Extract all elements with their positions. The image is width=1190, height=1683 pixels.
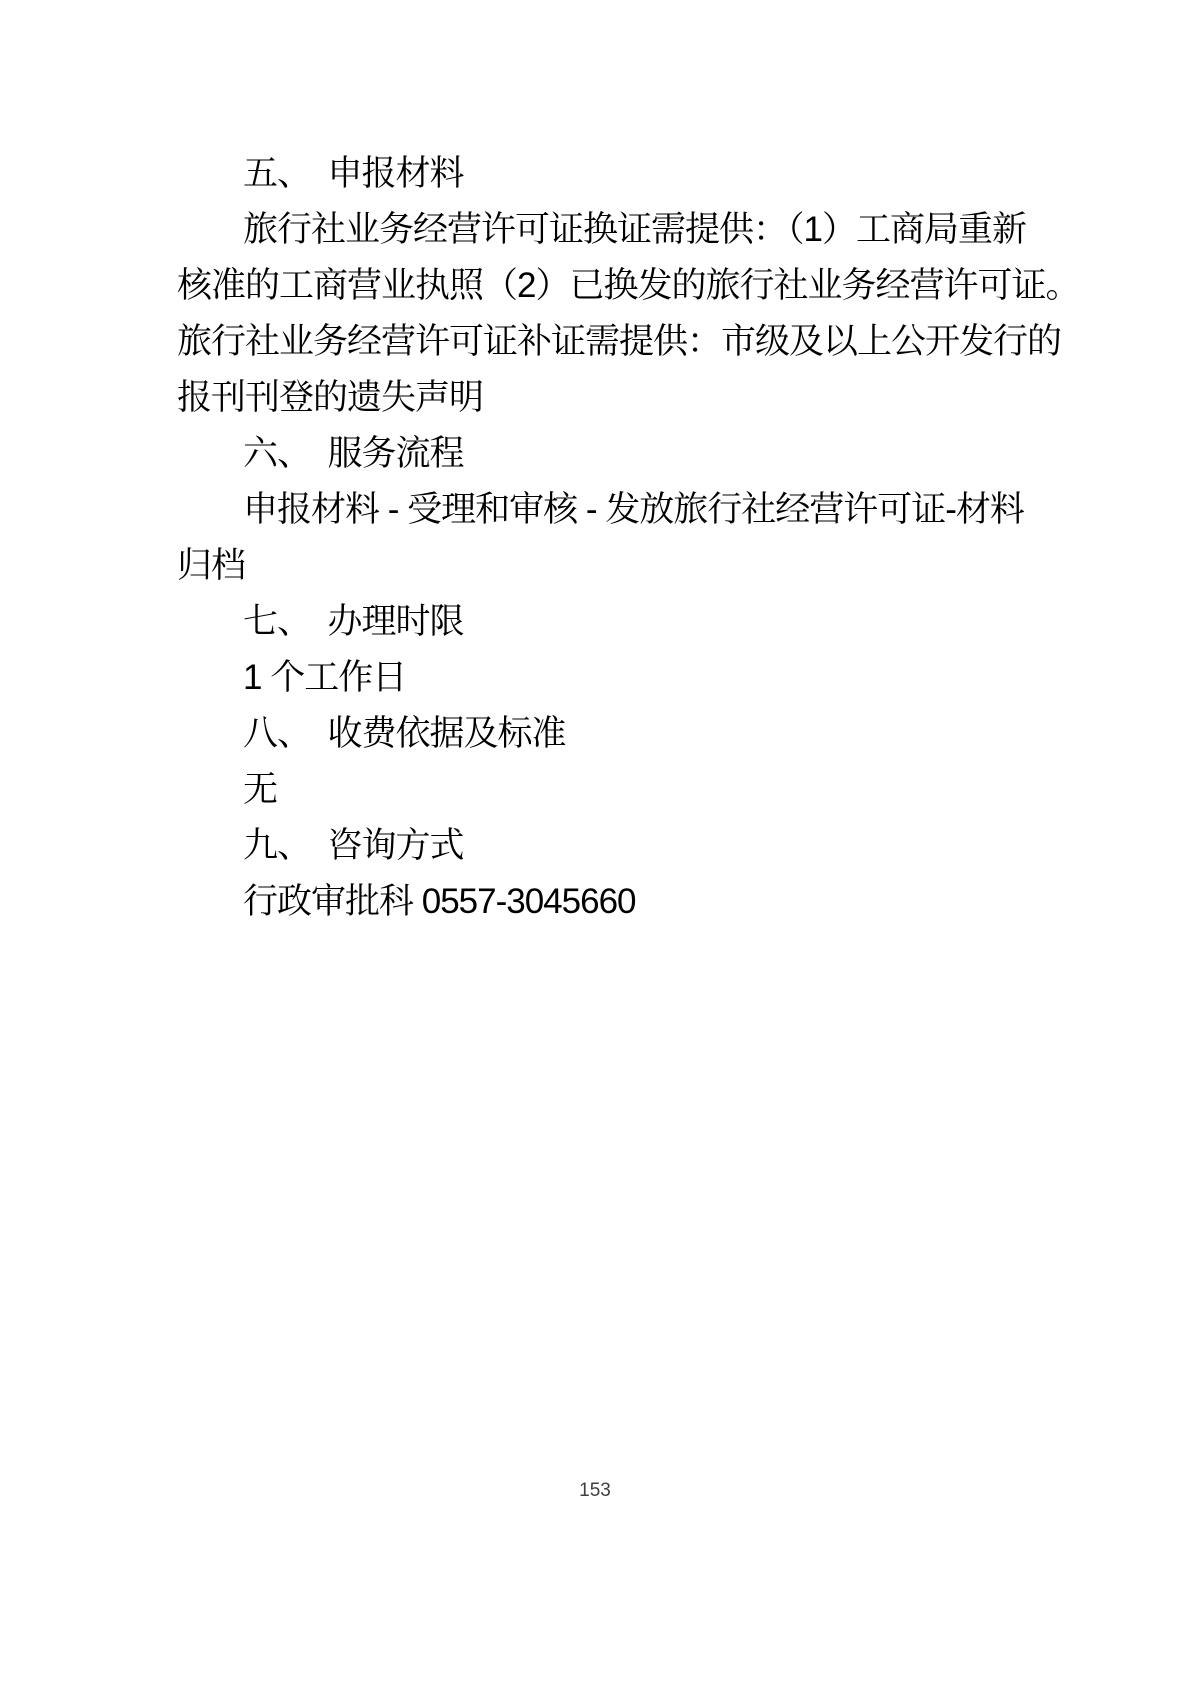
heading-section-9: 九、 咨询方式 (177, 818, 1037, 874)
text-line-materials-1: 旅行社业务经营许可证换证需提供：（1）工商局重新 (177, 202, 1037, 258)
heading-section-6: 六、 服务流程 (177, 426, 1037, 482)
text-line-process-1: 申报材料 - 受理和审核 - 发放旅行社经营许可证-材料 (177, 482, 1037, 538)
text-line-materials-3: 旅行社业务经营许可证补证需提供：市级及以上公开发行的 (177, 314, 1037, 370)
text-line-time-limit: 1 个工作日 (177, 650, 1037, 706)
text-line-process-2: 归档 (177, 538, 1037, 594)
text-line-fee: 无 (177, 762, 1037, 818)
heading-section-7: 七、 办理时限 (177, 594, 1037, 650)
text-line-materials-4: 报刊刊登的遗失声明 (177, 370, 1037, 426)
text-line-contact: 行政审批科 0557-3045660 (177, 874, 1037, 930)
text-line-materials-2: 核准的工商营业执照（2）已换发的旅行社业务经营许可证。 (177, 258, 1037, 314)
heading-section-5: 五、 申报材料 (177, 146, 1037, 202)
document-page: 五、 申报材料 旅行社业务经营许可证换证需提供：（1）工商局重新 核准的工商营业… (0, 0, 1190, 1683)
page-number: 153 (0, 1480, 1190, 1502)
document-body: 五、 申报材料 旅行社业务经营许可证换证需提供：（1）工商局重新 核准的工商营业… (177, 146, 1037, 930)
heading-section-8: 八、 收费依据及标准 (177, 706, 1037, 762)
